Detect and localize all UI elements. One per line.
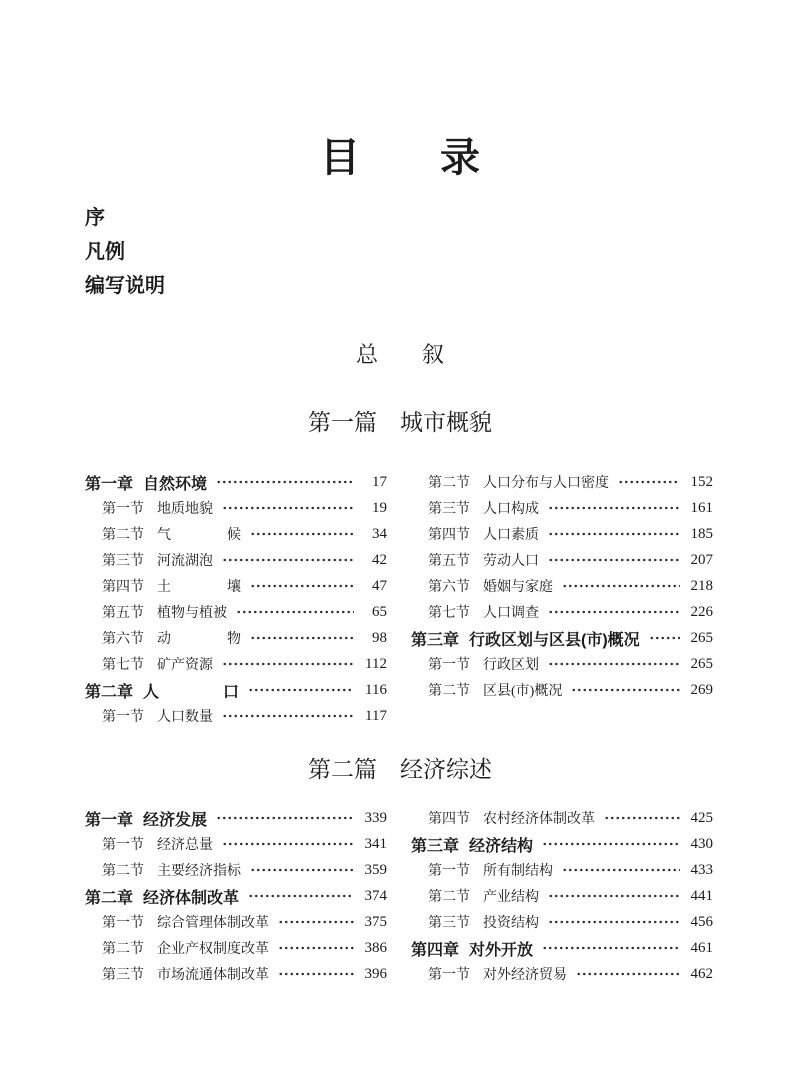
toc-entry: 第三章 行政区划与区县(市)概况 265	[411, 625, 713, 651]
toc-entry: 第一节 行政区划 265	[411, 651, 713, 677]
entry-page-number: 112	[360, 656, 387, 673]
entry-label: 第一节	[102, 834, 144, 854]
entry-label: 第四节	[428, 524, 470, 544]
entry-page-number: 98	[360, 630, 387, 647]
toc-entry: 第二章 经济体制改革 374	[85, 883, 387, 909]
dot-leader	[542, 831, 680, 857]
part1-toc: 第一章 自然环境 17 第一节 地质地貌 19 第二节 气 候 34	[85, 469, 713, 729]
entry-page-number: 161	[686, 500, 713, 517]
dot-leader	[236, 599, 354, 625]
entry-label: 第二章	[85, 679, 133, 702]
dot-leader	[222, 651, 354, 677]
dot-leader	[216, 805, 354, 831]
dot-leader	[250, 573, 354, 599]
page-title: 目 录	[0, 134, 800, 182]
toc-entry: 第一节 地质地貌 19	[85, 495, 387, 521]
entry-title: 对外开放	[469, 937, 533, 960]
dot-leader	[548, 521, 680, 547]
dot-leader	[649, 625, 680, 651]
entry-page-number: 462	[686, 966, 713, 983]
entry-page-number: 42	[360, 552, 387, 569]
entry-label: 第七节	[428, 602, 470, 622]
toc-entry: 第六节 婚姻与家庭 218	[411, 573, 713, 599]
dot-leader	[542, 935, 680, 961]
toc-entry: 第一节 对外经济贸易 462	[411, 961, 713, 987]
entry-label: 第一节	[428, 964, 470, 984]
entry-title: 区县(市)概况	[483, 680, 562, 700]
entry-title: 投资结构	[483, 912, 539, 932]
toc-entry: 第三节 河流湖泡 42	[85, 547, 387, 573]
dot-leader	[548, 909, 680, 935]
dot-leader	[250, 625, 354, 651]
dot-leader	[548, 651, 680, 677]
entry-page-number: 218	[686, 578, 713, 595]
dot-leader	[548, 495, 680, 521]
entry-title: 植物与植被	[157, 602, 227, 622]
dot-leader	[278, 909, 354, 935]
part1-right-column: 第二节 人口分布与人口密度 152 第三节 人口构成 161 第四节 人口素质	[411, 469, 713, 729]
entry-page-number: 207	[686, 552, 713, 569]
entry-label: 第三节	[102, 550, 144, 570]
toc-entry: 第二节 气 候 34	[85, 521, 387, 547]
entry-title: 市场流通体制改革	[157, 964, 269, 984]
entry-title: 农村经济体制改革	[483, 808, 595, 828]
entry-label: 第六节	[428, 576, 470, 596]
entry-label: 第五节	[102, 602, 144, 622]
entry-label: 第三节	[428, 912, 470, 932]
toc-entry: 第四节 农村经济体制改革 425	[411, 805, 713, 831]
dot-leader	[562, 857, 680, 883]
entry-label: 第六节	[102, 628, 144, 648]
entry-title: 所有制结构	[483, 860, 553, 880]
toc-entry: 第七节 人口调查 226	[411, 599, 713, 625]
dot-leader	[571, 677, 680, 703]
entry-page-number: 375	[360, 914, 387, 931]
entry-title: 人口构成	[483, 498, 539, 518]
dot-leader	[278, 935, 354, 961]
entry-page-number: 185	[686, 526, 713, 543]
entry-label: 第四章	[411, 937, 459, 960]
dot-leader	[278, 961, 354, 987]
entry-page-number: 34	[360, 526, 387, 543]
entry-page-number: 47	[360, 578, 387, 595]
part2-toc: 第一章 经济发展 339 第一节 经济总量 341 第二节 主要经济指标	[85, 805, 713, 987]
entry-label: 第二节	[428, 680, 470, 700]
dot-leader	[222, 831, 354, 857]
entry-page-number: 116	[360, 682, 387, 699]
dot-leader	[548, 883, 680, 909]
toc-entry: 第三章 经济结构 430	[411, 831, 713, 857]
toc-entry: 第二节 企业产权制度改革 386	[85, 935, 387, 961]
entry-page-number: 117	[360, 708, 387, 725]
dot-leader	[248, 883, 354, 909]
entry-title: 地质地貌	[157, 498, 213, 518]
dot-leader	[548, 599, 680, 625]
entry-page-number: 456	[686, 914, 713, 931]
entry-label: 第三章	[411, 833, 459, 856]
part1-left-column: 第一章 自然环境 17 第一节 地质地貌 19 第二节 气 候 34	[85, 469, 387, 729]
entry-page-number: 433	[686, 862, 713, 879]
entry-page-number: 17	[360, 474, 387, 491]
entry-label: 第五节	[428, 550, 470, 570]
entry-title: 行政区划与区县(市)概况	[469, 627, 640, 650]
entry-label: 第一节	[428, 654, 470, 674]
entry-label: 第二节	[102, 524, 144, 544]
toc-entry: 第四节 人口素质 185	[411, 521, 713, 547]
entry-title: 动 物	[157, 628, 241, 648]
toc-entry: 第二节 人口分布与人口密度 152	[411, 469, 713, 495]
entry-title: 婚姻与家庭	[483, 576, 553, 596]
entry-label: 第二节	[428, 886, 470, 906]
toc-entry: 第五节 植物与植被 65	[85, 599, 387, 625]
entry-label: 第三节	[428, 498, 470, 518]
general-narrative-heading: 总 叙	[0, 340, 800, 370]
toc-entry: 第一节 经济总量 341	[85, 831, 387, 857]
entry-label: 第一节	[102, 912, 144, 932]
entry-label: 第四节	[102, 576, 144, 596]
entry-page-number: 265	[686, 630, 713, 647]
front-matter-item: 编写说明	[85, 269, 165, 303]
entry-label: 第一章	[85, 471, 133, 494]
entry-page-number: 359	[360, 862, 387, 879]
entry-page-number: 269	[686, 682, 713, 699]
entry-title: 经济体制改革	[143, 885, 239, 908]
entry-title: 劳动人口	[483, 550, 539, 570]
entry-page-number: 386	[360, 940, 387, 957]
toc-entry: 第七节 矿产资源 112	[85, 651, 387, 677]
part2-right-column: 第四节 农村经济体制改革 425 第三章 经济结构 430 第一节 所有制结构	[411, 805, 713, 987]
entry-title: 气 候	[157, 524, 241, 544]
front-matter-item: 序	[85, 201, 165, 235]
toc-entry: 第五节 劳动人口 207	[411, 547, 713, 573]
entry-title: 经济结构	[469, 833, 533, 856]
dot-leader	[576, 961, 680, 987]
toc-entry: 第六节 动 物 98	[85, 625, 387, 651]
entry-page-number: 441	[686, 888, 713, 905]
entry-title: 人口分布与人口密度	[483, 472, 609, 492]
entry-title: 人口素质	[483, 524, 539, 544]
entry-label: 第一节	[102, 706, 144, 726]
toc-entry: 第一节 综合管理体制改革 375	[85, 909, 387, 935]
toc-entry: 第二章 人 口 116	[85, 677, 387, 703]
entry-title: 人口调查	[483, 602, 539, 622]
dot-leader	[248, 677, 354, 703]
dot-leader	[222, 703, 354, 729]
entry-page-number: 152	[686, 474, 713, 491]
toc-entry: 第二节 区县(市)概况 269	[411, 677, 713, 703]
toc-entry: 第三节 市场流通体制改革 396	[85, 961, 387, 987]
entry-title: 河流湖泡	[157, 550, 213, 570]
part1-heading: 第一篇 城市概貌	[0, 408, 800, 438]
entry-page-number: 226	[686, 604, 713, 621]
front-matter-item: 凡例	[85, 235, 165, 269]
entry-title: 主要经济指标	[157, 860, 241, 880]
entry-page-number: 396	[360, 966, 387, 983]
toc-entry: 第一节 所有制结构 433	[411, 857, 713, 883]
dot-leader	[562, 573, 680, 599]
toc-entry: 第二节 产业结构 441	[411, 883, 713, 909]
toc-entry: 第三节 投资结构 456	[411, 909, 713, 935]
entry-title: 对外经济贸易	[483, 964, 567, 984]
toc-entry: 第四章 对外开放 461	[411, 935, 713, 961]
entry-label: 第七节	[102, 654, 144, 674]
entry-label: 第三章	[411, 627, 459, 650]
dot-leader	[222, 547, 354, 573]
entry-title: 行政区划	[483, 654, 539, 674]
toc-entry: 第三节 人口构成 161	[411, 495, 713, 521]
entry-label: 第四节	[428, 808, 470, 828]
dot-leader	[250, 521, 354, 547]
entry-label: 第三节	[102, 964, 144, 984]
entry-label: 第一章	[85, 807, 133, 830]
entry-title: 企业产权制度改革	[157, 938, 269, 958]
entry-page-number: 19	[360, 500, 387, 517]
entry-page-number: 425	[686, 810, 713, 827]
toc-entry: 第一章 经济发展 339	[85, 805, 387, 831]
front-matter-list: 序 凡例 编写说明	[85, 201, 165, 303]
entry-page-number: 374	[360, 888, 387, 905]
entry-page-number: 341	[360, 836, 387, 853]
entry-page-number: 265	[686, 656, 713, 673]
toc-entry: 第四节 土 壤 47	[85, 573, 387, 599]
toc-entry: 第一章 自然环境 17	[85, 469, 387, 495]
entry-label: 第二章	[85, 885, 133, 908]
entry-page-number: 430	[686, 836, 713, 853]
dot-leader	[548, 547, 680, 573]
entry-page-number: 65	[360, 604, 387, 621]
dot-leader	[222, 495, 354, 521]
part2-left-column: 第一章 经济发展 339 第一节 经济总量 341 第二节 主要经济指标	[85, 805, 387, 987]
entry-label: 第一节	[102, 498, 144, 518]
entry-title: 产业结构	[483, 886, 539, 906]
entry-label: 第二节	[428, 472, 470, 492]
dot-leader	[618, 469, 680, 495]
entry-label: 第二节	[102, 938, 144, 958]
part2-heading: 第二篇 经济综述	[0, 755, 800, 785]
entry-label: 第一节	[428, 860, 470, 880]
toc-entry: 第一节 人口数量 117	[85, 703, 387, 729]
entry-title: 矿产资源	[157, 654, 213, 674]
entry-title: 人 口	[143, 679, 239, 702]
dot-leader	[250, 857, 354, 883]
dot-leader	[216, 469, 354, 495]
entry-title: 自然环境	[143, 471, 207, 494]
entry-title: 经济发展	[143, 807, 207, 830]
entry-title: 经济总量	[157, 834, 213, 854]
entry-title: 人口数量	[157, 706, 213, 726]
entry-label: 第二节	[102, 860, 144, 880]
entry-page-number: 461	[686, 940, 713, 957]
dot-leader	[604, 805, 680, 831]
toc-entry: 第二节 主要经济指标 359	[85, 857, 387, 883]
entry-title: 土 壤	[157, 576, 241, 596]
entry-page-number: 339	[360, 810, 387, 827]
entry-title: 综合管理体制改革	[157, 912, 269, 932]
